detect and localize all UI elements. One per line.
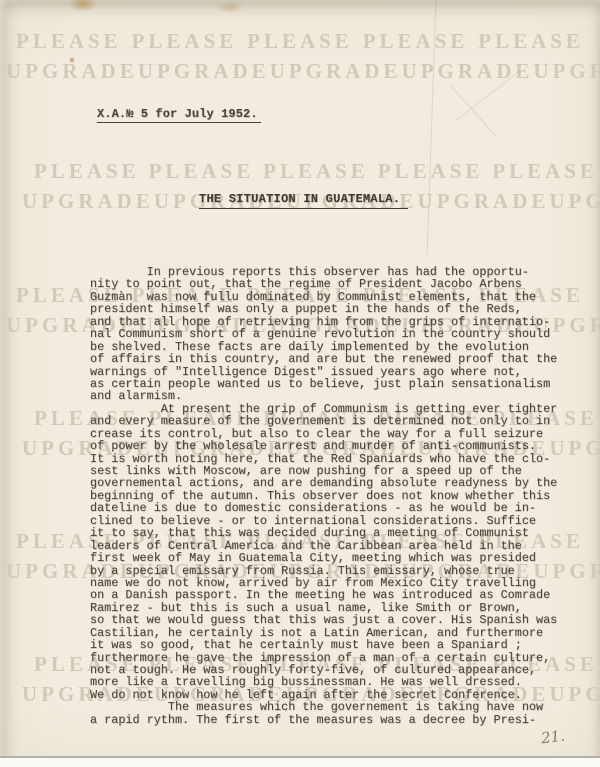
page-number: 21. — [540, 727, 566, 748]
watermark-word: PLEASE — [149, 156, 255, 186]
watermark-word: UPGRADE — [270, 56, 402, 86]
scanned-document-page: PLEASEPLEASEPLEASEPLEASEPLEASEUPGRADEUPG… — [0, 0, 600, 767]
document-line: nal Communism short of a genuine revolut… — [90, 328, 557, 340]
document-line: and every measure of the governement is … — [90, 415, 557, 427]
document-reference: X.A.№ 5 for July 1952. — [97, 107, 261, 123]
watermark-word: PLEASE — [34, 156, 140, 186]
watermark-word: UPGRADE — [418, 186, 550, 216]
document-line: and alarmism. — [90, 390, 557, 402]
document-line: it was so good, that he certainly must h… — [90, 639, 557, 651]
document-line: more like a travelling big bussinessman.… — [90, 676, 557, 688]
watermark-word: PLEASE — [492, 156, 598, 186]
watermark-word: PLEASE — [263, 156, 369, 186]
document-line: president himself was only a puppet in t… — [90, 303, 557, 315]
document-line: of power by the wholesale arrest and mur… — [90, 440, 557, 452]
watermark-word: PLEASE — [247, 26, 353, 56]
document-line: nity to point out, that the regime of Pr… — [90, 278, 557, 290]
document-line: dateline is due to domestic consideratio… — [90, 502, 557, 514]
watermark-line: PLEASEPLEASEPLEASEPLEASEPLEASE — [0, 156, 600, 186]
document-line: a rapid rythm. The first of the measures… — [90, 714, 557, 726]
watermark-word: PLEASE — [132, 26, 238, 56]
scan-bottom-edge — [0, 756, 600, 767]
document-title: THE SITUATION IN GUATEMALA. — [199, 192, 408, 209]
watermark-word: PLEASE — [478, 26, 584, 56]
document-line: of affairs in this country, and are but … — [90, 353, 557, 365]
watermark-line: PLEASEPLEASEPLEASEPLEASEPLEASE — [0, 26, 600, 56]
watermark-word: PLEASE — [363, 26, 469, 56]
document-line: first week of May in Guatemala City, mee… — [90, 552, 557, 564]
document-lines: In previous reports this observer has ha… — [90, 266, 557, 726]
document-line: governemental actions, and are demanding… — [90, 477, 557, 489]
watermark-word: UPGRADE — [402, 56, 534, 86]
paper-stain — [69, 57, 75, 63]
watermark-word: UPGRADE — [533, 56, 600, 86]
document-line: it to say, that this was decided during … — [90, 527, 557, 539]
paper-stain — [216, 0, 244, 14]
document-line: The measures which the governement is ta… — [90, 701, 557, 713]
document-line: on a Danish passport. In the meeting he … — [90, 589, 557, 601]
watermark-line: UPGRADEUPGRADEUPGRADEUPGRADEUPGRADE — [0, 56, 600, 86]
watermark-word: UPGRADE — [549, 186, 600, 216]
watermark-word: UPGRADE — [22, 186, 154, 216]
document-line: so that we would guess that this was jus… — [90, 614, 557, 626]
watermark-word: PLEASE — [16, 26, 122, 56]
watermark-word: UPGRADE — [138, 56, 270, 86]
